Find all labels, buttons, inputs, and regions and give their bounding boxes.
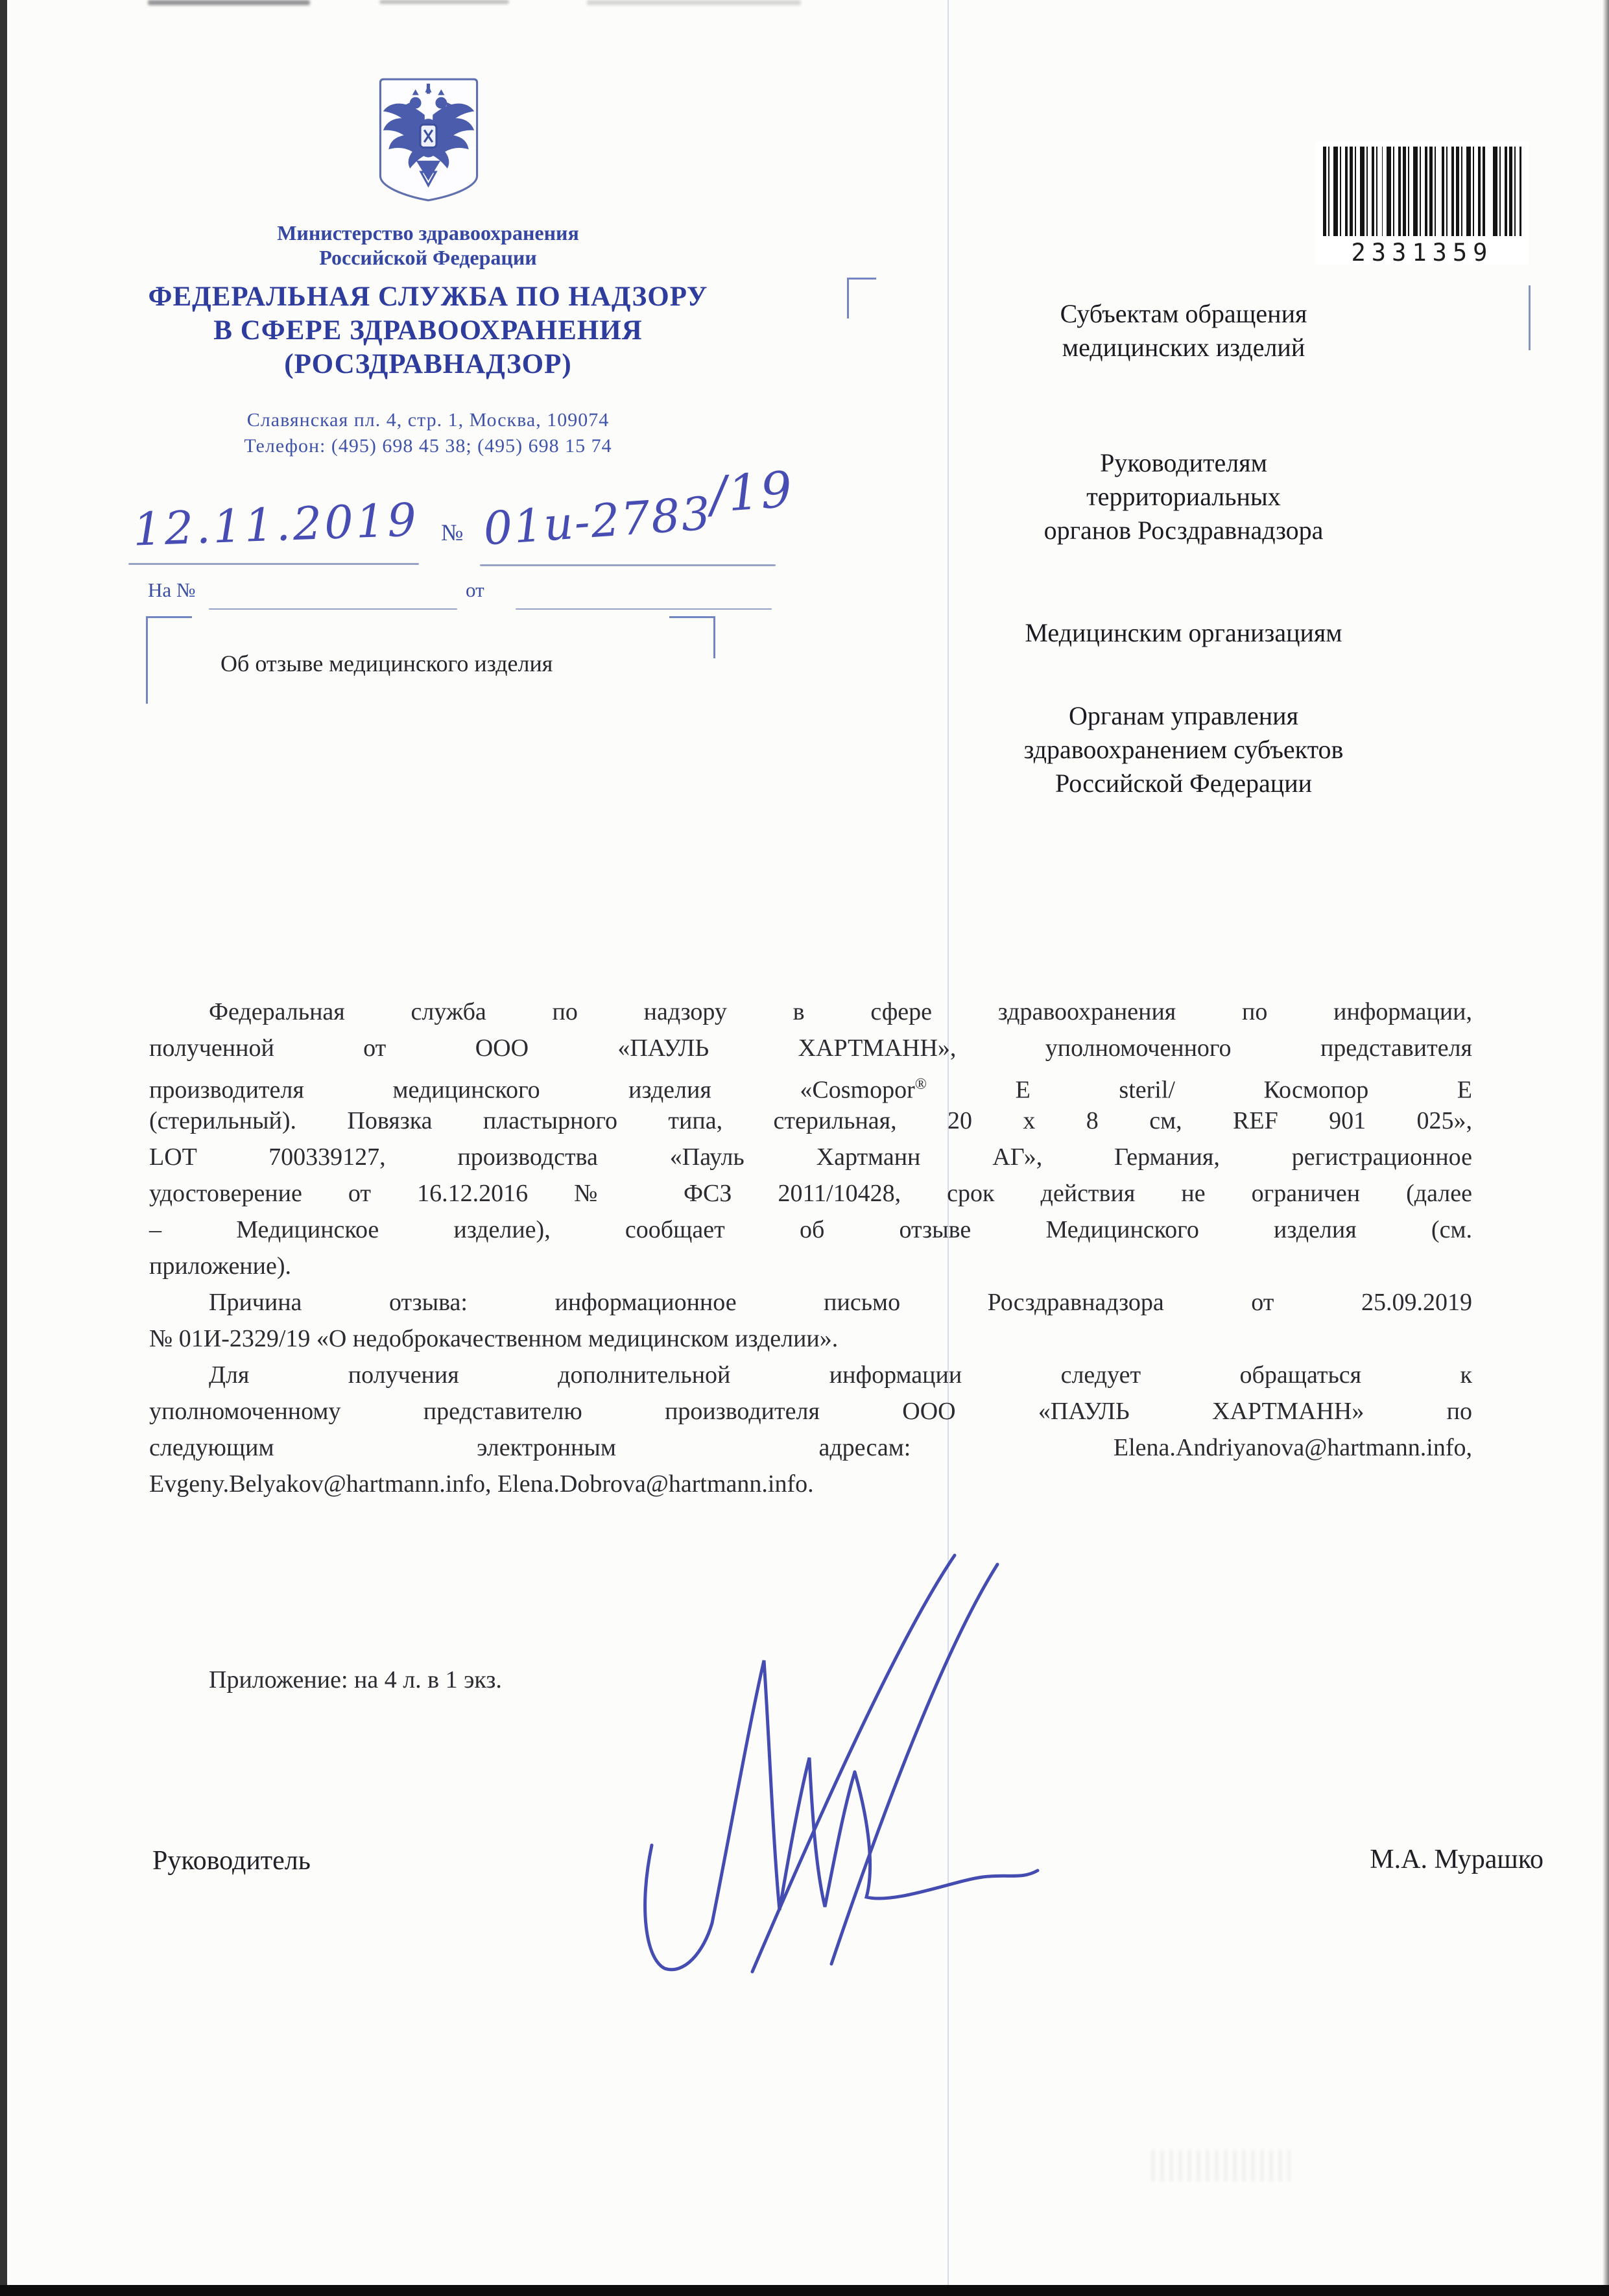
recipient-block: Руководителям территориальных органов Ро… <box>876 446 1492 547</box>
subject-bracket-right <box>669 616 715 658</box>
body-line: LOT 700339127, производства «Пауль Хартм… <box>149 1139 1472 1175</box>
scan-smudge <box>587 0 801 5</box>
number-underline <box>480 564 776 566</box>
reply-date-blank <box>516 608 772 610</box>
signature <box>616 1544 1070 1985</box>
scan-smudge <box>379 0 509 4</box>
service-line: ФЕДЕРАЛЬНАЯ СЛУЖБА ПО НАДЗОРУ <box>26 280 830 314</box>
recipient-line: Медицинским организациям <box>876 616 1492 650</box>
barcode-gap <box>1437 147 1442 236</box>
letter-date-handwritten: 12.11.2019 <box>132 493 420 556</box>
body-line-text: производителя медицинского изделия «Cosm… <box>149 1077 915 1104</box>
service-line: (РОСЗДРАВНАДЗОР) <box>26 348 830 381</box>
recipient-line: органов Росздравнадзора <box>876 514 1492 547</box>
body-line: (стерильный). Повязка пластырного типа, … <box>149 1103 1472 1139</box>
scan-edge-right <box>1603 0 1609 2296</box>
signer-position: Руководитель <box>152 1845 311 1876</box>
org-phone: Телефон: (495) 698 45 38; (495) 698 15 7… <box>26 433 830 459</box>
date-underline <box>128 563 419 565</box>
recipient-block: Субъектам обращения медицинских изделий <box>876 297 1492 365</box>
recipient-line: Органам управления <box>876 699 1492 733</box>
org-contacts: Славянская пл. 4, стр. 1, Москва, 109074… <box>26 407 830 459</box>
recipient-line: медицинских изделий <box>876 331 1492 365</box>
reply-number-blank <box>209 608 457 610</box>
recipient-line: Российской Федерации <box>876 767 1492 800</box>
body-line: следующим электронным адресам: Elena.And… <box>149 1429 1472 1466</box>
body-line: полученной от ООО «ПАУЛЬ ХАРТМАНН», упол… <box>149 1030 1472 1066</box>
org-address: Славянская пл. 4, стр. 1, Москва, 109074 <box>26 407 830 433</box>
ministry-line: Российской Федерации <box>26 245 830 270</box>
barcode-number: 2331359 <box>1315 239 1529 267</box>
letter-number-main: 01и-2783 <box>482 486 713 555</box>
body-line: Причина отзыва: информационное письмо Ро… <box>149 1284 1472 1321</box>
recipient-block: Органам управления здравоохранением субъ… <box>876 699 1492 800</box>
recipient-line: здравоохранением субъектов <box>876 733 1492 767</box>
service-line: В СФЕРЕ ЗДРАВООХРАНЕНИЯ <box>26 314 830 348</box>
body-line: № 01И-2329/19 «О недоброкачественном мед… <box>149 1321 1472 1357</box>
recipient-line: территориальных <box>876 480 1492 514</box>
body-line: Федеральная служба по надзору в сфере зд… <box>149 994 1472 1030</box>
recipient-line: Руководителям <box>876 446 1492 480</box>
scan-smudge <box>148 0 310 5</box>
barcode-gap <box>1377 147 1382 236</box>
number-sign: № <box>441 519 463 546</box>
signer-name: М.А. Мурашко <box>1284 1844 1543 1875</box>
barcode-bars <box>1323 147 1521 236</box>
letter-body: Федеральная служба по надзору в сфере зд… <box>149 994 1472 1502</box>
body-line: – Медицинское изделие), сообщает об отзы… <box>149 1212 1472 1248</box>
ministry-line: Министерство здравоохранения <box>26 221 830 245</box>
subject-line: Об отзыве медицинского изделия <box>220 650 553 677</box>
reply-from-label: от <box>466 579 484 602</box>
attachment-note: Приложение: на 4 л. в 1 экз. <box>209 1666 502 1694</box>
scanned-letter-page: Министерство здравоохранения Российской … <box>0 0 1609 2296</box>
barcode-gap <box>1485 147 1490 236</box>
recipient-bracket-left <box>847 278 876 318</box>
body-line: приложение). <box>149 1248 1472 1284</box>
recipient-line: Субъектам обращения <box>876 297 1492 331</box>
scan-edge-left <box>0 0 7 2296</box>
recipient-block: Медицинским организациям <box>876 616 1492 650</box>
body-line: уполномоченному представителю производит… <box>149 1393 1472 1429</box>
ghost-stamp <box>1151 2150 1291 2181</box>
coat-of-arms-icon <box>374 75 484 205</box>
registered-mark: ® <box>915 1076 927 1093</box>
scan-edge-bottom <box>0 2285 1609 2296</box>
barcode: 2331359 <box>1315 141 1529 265</box>
body-line: производителя медицинского изделия «Cosm… <box>149 1066 1472 1103</box>
body-line: Evgeny.Belyakov@hartmann.info, Elena.Dob… <box>149 1466 1472 1502</box>
reply-number-label: На № <box>148 579 195 602</box>
body-line-text: E steril/ Космопор Е <box>1016 1077 1472 1104</box>
body-line: удостоверение от 16.12.2016 № ФСЗ 2011/1… <box>149 1175 1472 1212</box>
letter-number-handwritten: 01и-2783/19 <box>481 477 796 556</box>
recipient-bracket-right <box>1529 285 1531 350</box>
service-name: ФЕДЕРАЛЬНАЯ СЛУЖБА ПО НАДЗОРУ В СФЕРЕ ЗД… <box>26 280 830 381</box>
subject-bracket-left <box>146 616 192 704</box>
ministry-name: Министерство здравоохранения Российской … <box>26 221 830 270</box>
body-line: Для получения дополнительной информации … <box>149 1357 1472 1393</box>
letter-number-suffix: /19 <box>708 460 795 523</box>
